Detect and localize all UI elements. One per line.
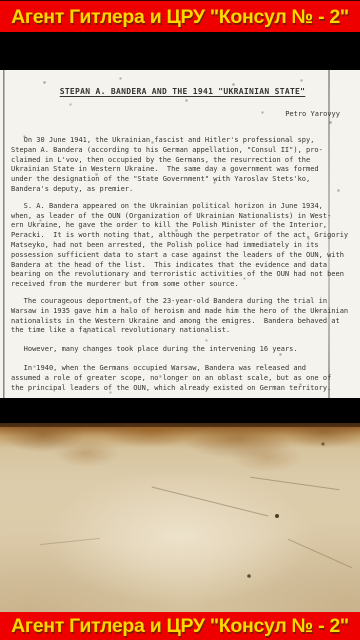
page: Агент Гитлера и ЦРУ "Консул № - 2" STEPA…: [0, 0, 360, 640]
parchment-scratch: [152, 486, 269, 516]
document-paragraph-1: On 30 June 1941, the Ukrainian fascist a…: [11, 136, 354, 195]
document-paragraph-2: S. A. Bandera appeared on the Ukrainian …: [11, 202, 354, 290]
document-paragraph-4: However, many changes took place during …: [11, 345, 354, 355]
document-paragraph-3: The courageous deportment of the 23-year…: [11, 297, 354, 336]
document-paragraph-5: In 1940, when the Germans occupied Warsa…: [11, 364, 354, 393]
parchment-scratch: [288, 539, 352, 568]
bottom-banner-text: Агент Гитлера и ЦРУ "Консул № - 2": [11, 615, 349, 638]
parchment-burnt-edge: [0, 423, 360, 427]
bottom-banner: Агент Гитлера и ЦРУ "Консул № - 2": [0, 612, 360, 640]
parchment-specks: [0, 423, 2, 425]
black-strip-bottom: [0, 398, 360, 423]
document-scan: STEPAN A. BANDERA AND THE 1941 "UKRAINIA…: [0, 70, 360, 398]
parchment-paper: [0, 423, 360, 612]
top-banner: Агент Гитлера и ЦРУ "Консул № - 2": [0, 0, 360, 33]
parchment-scratch: [40, 538, 100, 545]
black-strip-top: [0, 32, 360, 70]
scan-left-edge-shadow: [3, 70, 5, 398]
scan-noise-speckles: [0, 70, 1, 71]
parchment-scratch: [250, 477, 339, 491]
top-banner-text: Агент Гитлера и ЦРУ "Консул № - 2": [11, 6, 349, 29]
document-title: STEPAN A. BANDERA AND THE 1941 "UKRAINIA…: [11, 87, 354, 97]
document-author: Petro Yarovyy: [11, 110, 340, 119]
